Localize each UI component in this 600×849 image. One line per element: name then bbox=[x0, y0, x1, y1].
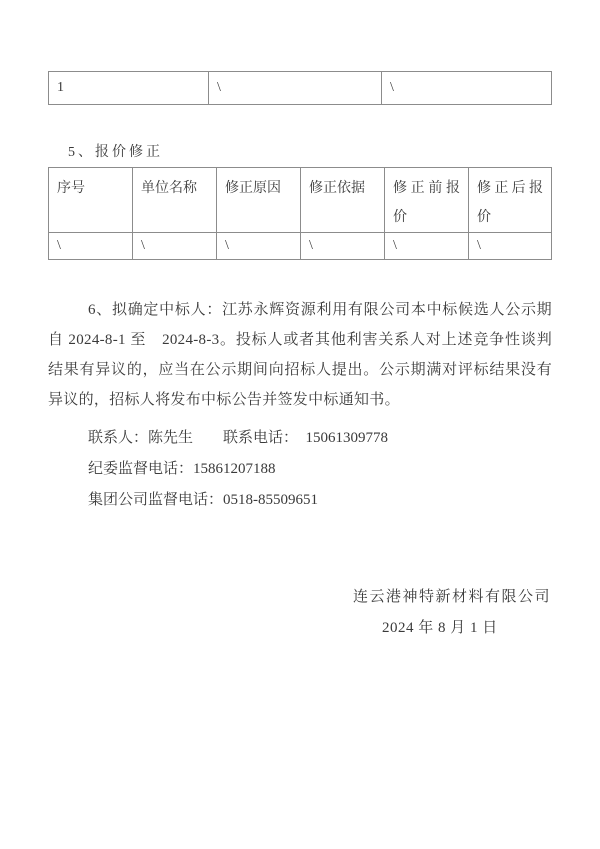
column-header-seq: 序号 bbox=[49, 168, 133, 233]
table-header-row: 序号 单位名称 修正原因 修正依据 修正前报价 修正后报价 bbox=[49, 168, 552, 233]
document-page: 1 \ \ 5、报价修正 序号 单位名称 修正原因 修正依据 修正前报价 修正后… bbox=[0, 0, 600, 849]
table-row: \ \ \ \ \ \ bbox=[49, 233, 552, 260]
signature-date: 2024 年 8 月 1 日 bbox=[382, 616, 498, 637]
column-header-correction-basis: 修正依据 bbox=[301, 168, 385, 233]
signature-company: 连云港神特新材料有限公司 bbox=[353, 585, 551, 606]
discipline-phone-line: 纪委监督电话：15861207188 bbox=[88, 454, 388, 485]
price-correction-table: 序号 单位名称 修正原因 修正依据 修正前报价 修正后报价 \ \ \ \ \ … bbox=[48, 167, 552, 260]
table-cell: \ bbox=[382, 72, 552, 105]
table-cell: \ bbox=[469, 233, 552, 260]
table-row: 1 \ \ bbox=[49, 72, 552, 105]
contact-person-line: 联系人：陈先生 联系电话： 15061309778 bbox=[88, 423, 388, 454]
column-header-price-after: 修正后报价 bbox=[469, 168, 552, 233]
table-cell: \ bbox=[385, 233, 469, 260]
table-cell: \ bbox=[49, 233, 133, 260]
table-cell: \ bbox=[301, 233, 385, 260]
table-cell: \ bbox=[217, 233, 301, 260]
column-header-price-before: 修正前报价 bbox=[385, 168, 469, 233]
section5-heading: 5、报价修正 bbox=[68, 141, 163, 161]
group-phone-line: 集团公司监督电话：0518-85509651 bbox=[88, 485, 388, 516]
column-header-unit-name: 单位名称 bbox=[133, 168, 217, 233]
table-cell: \ bbox=[133, 233, 217, 260]
continuation-table: 1 \ \ bbox=[48, 71, 552, 105]
table-cell-seq: 1 bbox=[49, 72, 209, 105]
section6-paragraph: 6、拟确定中标人：江苏永辉资源利用有限公司本中标候选人公示期自 2024-8-1… bbox=[48, 295, 552, 415]
table-cell: \ bbox=[209, 72, 382, 105]
contact-block: 联系人：陈先生 联系电话： 15061309778 纪委监督电话：1586120… bbox=[88, 423, 388, 516]
column-header-correction-reason: 修正原因 bbox=[217, 168, 301, 233]
